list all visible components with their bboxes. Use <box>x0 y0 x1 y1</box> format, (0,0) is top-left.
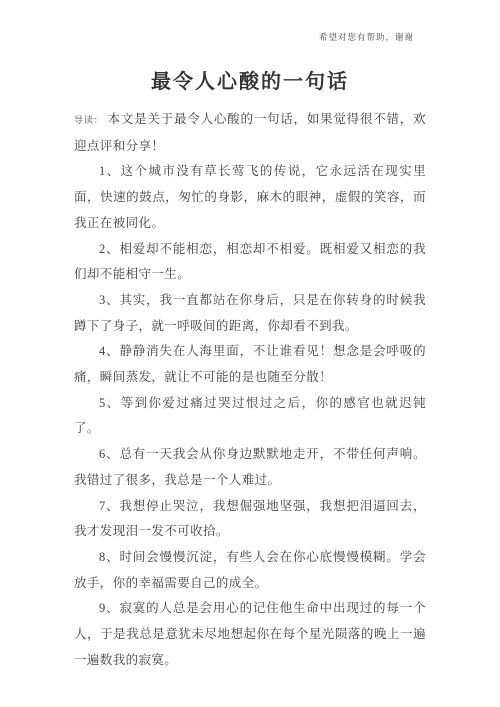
body-paragraph-8: 8、时间会慢慢沉淀，有些人会在你心底慢慢模糊。学会放手，你的幸福需要自己的成全。 <box>74 545 426 596</box>
body-paragraph-4: 4、静静消失在人海里面，不让谁看见！想念是会呼吸的痛，瞬间蒸发，就让不可能的是也… <box>74 339 426 390</box>
helper-note: 希望对您有帮助，谢谢 <box>74 32 426 43</box>
body-paragraph-6: 6、总有一天我会从你身边默默地走开，不带任何声响。我错过了很多，我总是一个人难过… <box>74 442 426 493</box>
lead-label: 导读： <box>74 115 104 125</box>
body-paragraph-1: 1、这个城市没有草长莺飞的传说，它永远活在现实里面，快速的鼓点，匆忙的身影，麻木… <box>74 159 426 236</box>
body-paragraph-2: 2、相爱却不能相恋，相恋却不相爱。既相爱又相恋的我们却不能相守一生。 <box>74 237 426 288</box>
document-page: 希望对您有帮助，谢谢 最令人心酸的一句话 导读：本文是关于最令人心酸的一句话，如… <box>0 0 500 707</box>
document-body: 导读：本文是关于最令人心酸的一句话，如果觉得很不错，欢迎点评和分享！ 1、这个城… <box>74 107 426 673</box>
body-paragraph-7: 7、我想停止哭泣，我想倔强地坚强，我想把泪逼回去，我才发现泪一发不可收拾。 <box>74 494 426 545</box>
body-paragraph-3: 3、其实，我一直都站在你身后，只是在你转身的时候我蹲下了身子，就一呼吸间的距离，… <box>74 288 426 339</box>
lead-paragraph: 导读：本文是关于最令人心酸的一句话，如果觉得很不错，欢迎点评和分享！ <box>74 107 426 159</box>
lead-text: 本文是关于最令人心酸的一句话，如果觉得很不错，欢迎点评和分享！ <box>74 112 426 153</box>
body-paragraph-5: 5、等到你爱过痛过哭过恨过之后，你的感官也就迟钝了。 <box>74 391 426 442</box>
body-paragraph-9: 9、寂寞的人总是会用心的记住他生命中出现过的每一个人，于是我总是意犹未尽地想起你… <box>74 596 426 673</box>
page-title: 最令人心酸的一句话 <box>74 68 426 96</box>
